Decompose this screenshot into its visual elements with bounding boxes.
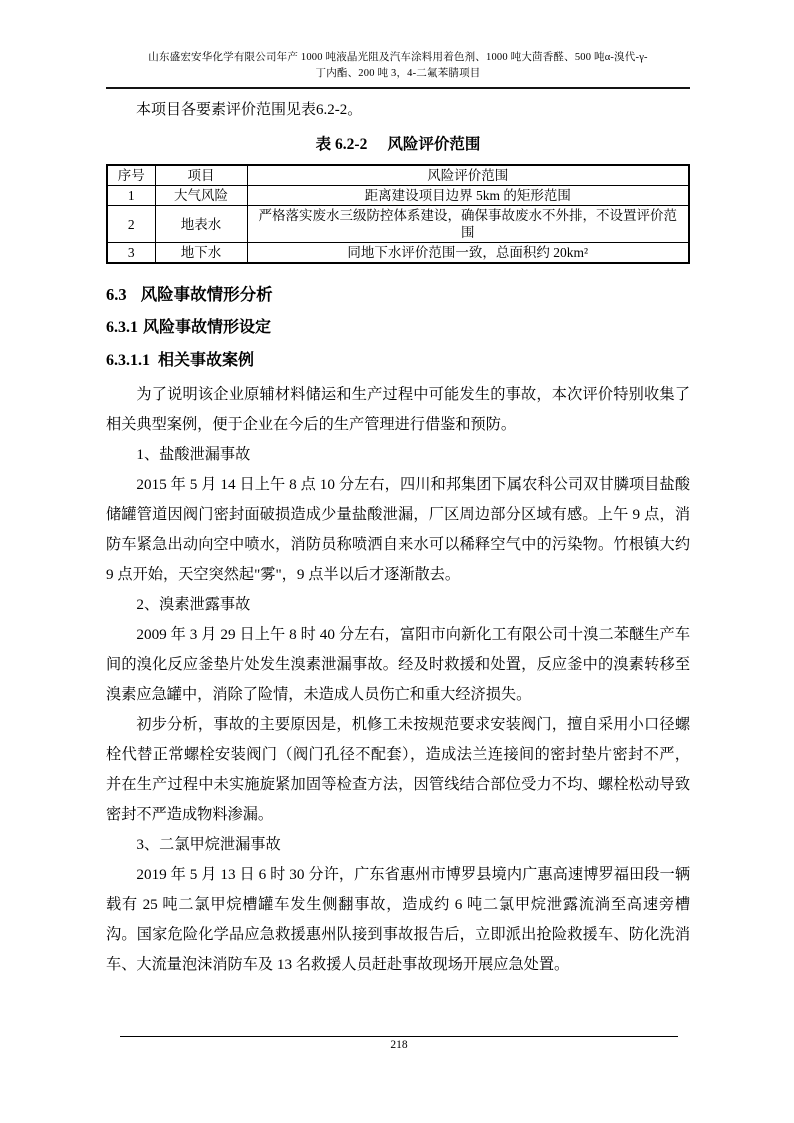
cell-index: 2 [107,206,155,243]
table-title: 表 6.2-2风险评价范围 [106,135,690,155]
table-row: 2 地表水 严格落实废水三级防控体系建设，确保事故废水不外排，不设置评价范围 [107,206,689,243]
case-2-paragraph-2: 初步分析，事故的主要原因是，机修工未按规范要求安装阀门，擅自采用小口径螺栓代替正… [106,710,690,830]
cell-item: 地下水 [155,243,247,264]
cell-scope: 同地下水评价范围一致，总面积约 20km² [247,243,689,264]
col-header-index: 序号 [107,165,155,186]
case-3-title: 3、二氯甲烷泄漏事故 [106,830,690,860]
section-title: 风险事故情形设定 [143,319,271,336]
case-2-title: 2、溴素泄露事故 [106,590,690,620]
cell-item: 大气风险 [155,186,247,206]
case-2-paragraph-1: 2009 年 3 月 29 日上午 8 时 40 分左右，富阳市向新化工有限公司… [106,620,690,710]
page-content: 山东盛宏安华化学有限公司年产 1000 吨液晶光阻及汽车涂料用着色剂、1000 … [106,0,690,980]
cell-item: 地表水 [155,206,247,243]
case-3-paragraph: 2019 年 5 月 13 日 6 时 30 分许，广东省惠州市博罗县境内广惠高… [106,860,690,980]
section-title: 相关事故案例 [158,352,254,369]
case-1-paragraph: 2015 年 5 月 14 日上午 8 点 10 分左右，四川和邦集团下属农科公… [106,470,690,590]
table-title-text: 风险评价范围 [387,136,480,153]
table-row: 3 地下水 同地下水评价范围一致，总面积约 20km² [107,243,689,264]
case-1-title: 1、盐酸泄漏事故 [106,440,690,470]
table-row: 1 大气风险 距离建设项目边界 5km 的矩形范围 [107,186,689,206]
section-heading-6-3-1: 6.3.1风险事故情形设定 [106,318,690,338]
running-header: 山东盛宏安华化学有限公司年产 1000 吨液晶光阻及汽车涂料用着色剂、1000 … [106,50,690,89]
document-page: 山东盛宏安华化学有限公司年产 1000 吨液晶光阻及汽车涂料用着色剂、1000 … [0,0,794,1123]
section-number: 6.3.1.1 [106,352,150,369]
section-number: 6.3 [106,285,127,304]
section-heading-6-3-1-1: 6.3.1.1相关事故案例 [106,351,690,371]
section-heading-6-3: 6.3风险事故情形分析 [106,285,690,305]
table-header-row: 序号 项目 风险评价范围 [107,165,689,186]
page-footer: 218 [120,1036,678,1053]
case-intro-paragraph: 为了说明该企业原辅材料储运和生产过程中可能发生的事故，本次评价特别收集了相关典型… [106,380,690,440]
cell-scope: 距离建设项目边界 5km 的矩形范围 [247,186,689,206]
cell-scope: 严格落实废水三级防控体系建设，确保事故废水不外排，不设置评价范围 [247,206,689,243]
intro-paragraph: 本项目各要素评价范围见表6.2-2。 [106,98,690,122]
page-number: 218 [120,1038,678,1053]
col-header-scope: 风险评价范围 [247,165,689,186]
risk-scope-table: 序号 项目 风险评价范围 1 大气风险 距离建设项目边界 5km 的矩形范围 2… [106,164,690,264]
running-header-line-2: 丁内酯、200 吨 3，4-二氟苯腈项目 [106,66,690,82]
cell-index: 1 [107,186,155,206]
section-title: 风险事故情形分析 [141,285,273,304]
col-header-item: 项目 [155,165,247,186]
table-label: 表 6.2-2 [316,136,368,153]
section-number: 6.3.1 [106,319,138,336]
running-header-line-1: 山东盛宏安华化学有限公司年产 1000 吨液晶光阻及汽车涂料用着色剂、1000 … [106,50,690,66]
cell-index: 3 [107,243,155,264]
body-text: 为了说明该企业原辅材料储运和生产过程中可能发生的事故，本次评价特别收集了相关典型… [106,380,690,980]
